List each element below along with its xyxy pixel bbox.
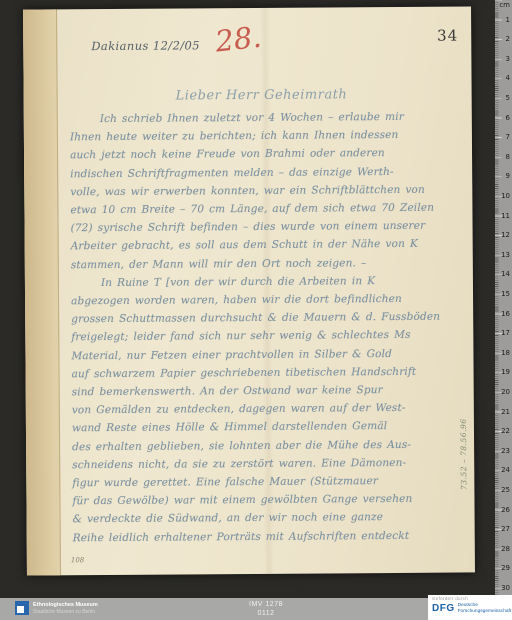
handwriting-line: freigelegt; leider fand sich nur sehr we… (71, 326, 457, 347)
dfg-funding-box: Gefördert durch DFG Deutsche Forschungsg… (428, 595, 512, 620)
scan-ruler: cm12345678910111213141516171819202122232… (495, 0, 512, 620)
ruler-mark: 13 (501, 251, 510, 259)
archive-number-red: 28. (213, 20, 263, 59)
pencil-note: 108 (71, 556, 84, 564)
ruler-mark: 30 (501, 584, 510, 592)
handwriting-line: Reihe leidlich erhaltener Porträts mit A… (73, 526, 459, 547)
ruler-mark: 16 (501, 310, 510, 318)
ruler-mark: 1 (506, 16, 510, 24)
handwriting-line: Ihnen heute weiter zu berichten; ich kan… (70, 126, 456, 147)
shelfmark-block: IMV 1278 0112 (196, 600, 336, 618)
ruler-mark: 14 (501, 270, 510, 278)
ruler-mark: 6 (506, 114, 510, 122)
ruler-mark: 9 (506, 172, 510, 180)
ruler-mark: 22 (501, 427, 510, 435)
handwriting-line: schneidens nicht, da sie zu zerstört war… (72, 453, 458, 474)
ruler-mark: 18 (501, 349, 510, 357)
ruler-mark: 25 (501, 486, 510, 494)
institution-name: Ethnologisches Museum (33, 602, 98, 609)
ruler-mark: 10 (501, 192, 510, 200)
ruler-mark: 24 (501, 466, 510, 474)
ruler-mark: 26 (501, 506, 510, 514)
dfg-name-line2: Forschungsgemeinschaft (458, 609, 512, 615)
ruler-mark: 5 (506, 94, 510, 102)
ruler-mark: 28 (501, 545, 510, 553)
salutation: Lieber Herr Geheimrath (176, 87, 348, 103)
handwriting-line: von Gemälden zu entdecken, dagegen waren… (72, 399, 458, 420)
folio-number: 34 (437, 27, 458, 45)
ruler-mark: 19 (501, 368, 510, 376)
dateline: Dakianus 12/2/05 (91, 38, 200, 53)
ruler-mark: 12 (501, 231, 510, 239)
handwriting-line: auf schwarzem Papier geschriebenen tibet… (72, 362, 458, 383)
institution-text: Ethnologisches Museum Staatliche Museen … (33, 602, 98, 615)
letter-body: Ich schrieb Ihnen zuletzt vor 4 Wochen –… (70, 108, 459, 548)
ruler-mark: 7 (506, 133, 510, 141)
funding-caption: Gefördert durch (432, 596, 509, 602)
ruler-mark: 17 (501, 329, 510, 337)
ruler-mark: 8 (506, 153, 510, 161)
ruler-mark: 3 (506, 55, 510, 63)
dfg-logo: DFG (432, 603, 455, 614)
handwriting-line: für das Gewölbe) war mit einem gewölbten… (72, 490, 458, 511)
margin-note-vertical: 73.52 – 78.56.96 (459, 418, 468, 489)
museum-logo-icon (15, 601, 29, 615)
institution-block: Ethnologisches Museum Staatliche Museen … (15, 601, 98, 615)
ruler-mark: 23 (501, 447, 510, 455)
ruler-mark: 20 (501, 388, 510, 396)
ruler-mark: 27 (501, 525, 510, 533)
dfg-name: Deutsche Forschungsgemeinschaft (458, 603, 512, 614)
ruler-mark: 21 (501, 408, 510, 416)
ruler-mark: 15 (501, 290, 510, 298)
footer-bar: Ethnologisches Museum Staatliche Museen … (0, 598, 512, 620)
ruler-mark: 11 (501, 212, 510, 220)
institution-subtitle: Staatliche Museen zu Berlin (33, 609, 98, 615)
handwriting-line: Arbeiter gebracht, es soll aus dem Schut… (71, 235, 457, 256)
dfg-row: DFG Deutsche Forschungsgemeinschaft (432, 603, 509, 614)
shelfmark: IMV 1278 (196, 600, 336, 609)
letter-page: 34 28. Dakianus 12/2/05 Lieber Herr Gehe… (23, 6, 475, 575)
paper-binding-edge (23, 9, 61, 575)
ruler-mark: 29 (501, 564, 510, 572)
scan-number: 0112 (196, 609, 336, 618)
ruler-mark: 2 (506, 35, 510, 43)
ruler-unit-label: cm (499, 1, 510, 9)
ruler-mark: 4 (506, 74, 510, 82)
